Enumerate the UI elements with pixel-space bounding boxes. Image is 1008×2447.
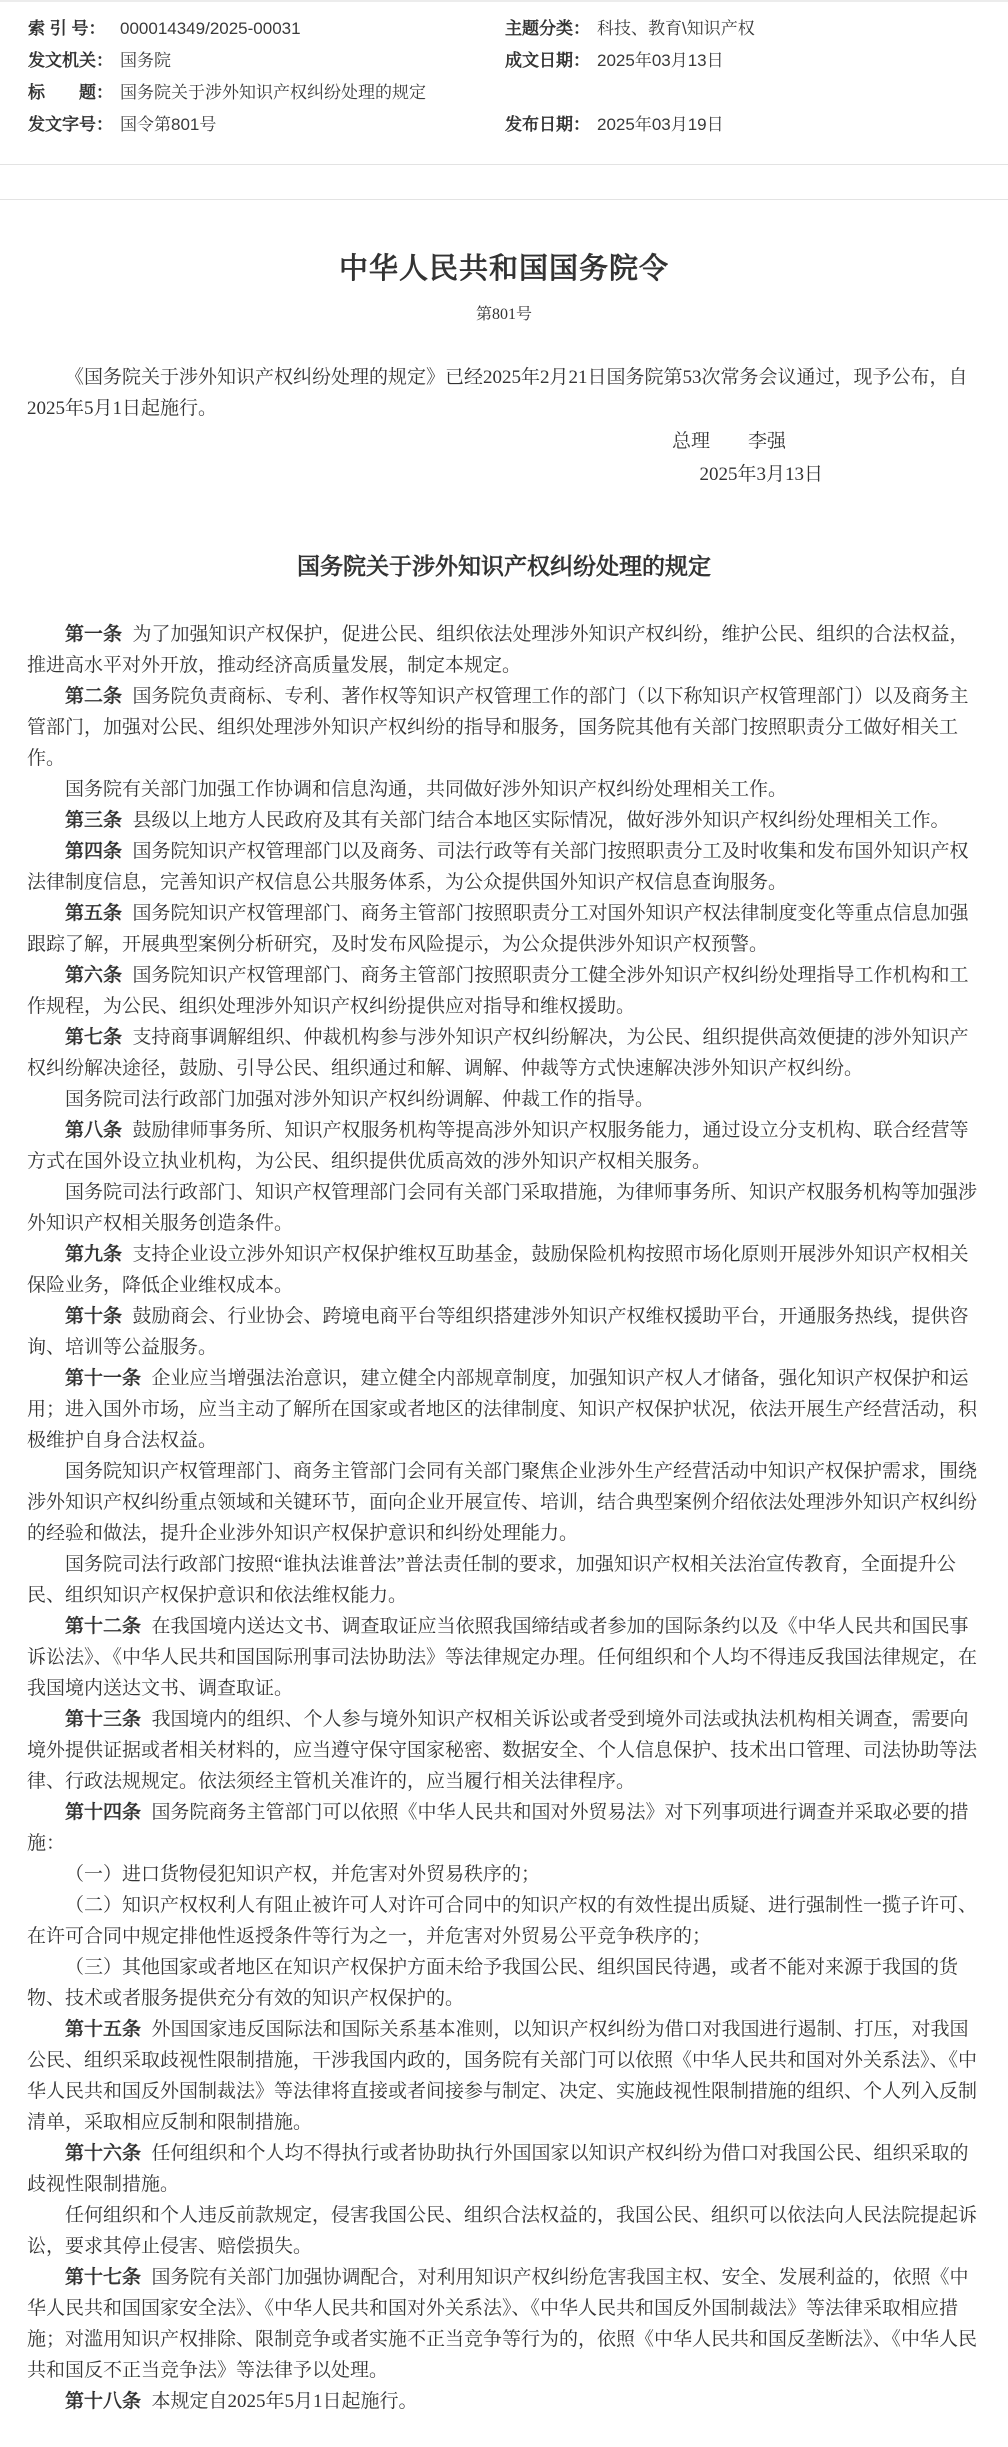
signer-name: 李强	[748, 431, 786, 452]
regulation-paragraph: 国务院司法行政部门、知识产权管理部门会同有关部门采取措施，为律师事务所、知识产权…	[27, 1177, 981, 1239]
meta-date-written-label: 成文日期：	[505, 50, 597, 72]
article-number: 第十五条	[65, 2019, 141, 2040]
meta-doc-number-label: 发文字号：	[28, 114, 120, 136]
meta-agency-value: 国务院	[120, 50, 171, 72]
regulation-paragraph: 第三条县级以上地方人民政府及其有关部门结合本地区实际情况，做好涉外知识产权纠纷处…	[27, 805, 981, 836]
article-text: 国务院负责商标、专利、著作权等知识产权管理工作的部门（以下称知识产权管理部门）以…	[27, 686, 968, 769]
meta-date-published-value: 2025年03月19日	[597, 114, 724, 136]
article-text: 国务院司法行政部门加强对涉外知识产权纠纷调解、仲裁工作的指导。	[65, 1089, 654, 1110]
article-text: 企业应当增强法治意识，建立健全内部规章制度，加强知识产权人才储备，强化知识产权保…	[27, 1368, 977, 1451]
document-meta-table: 索 引 号： 000014349/2025-00031 主题分类： 科技、教育\…	[0, 0, 1008, 150]
toolbar-band	[0, 164, 1008, 200]
meta-index-label: 索 引 号：	[28, 18, 120, 40]
article-text: 国务院知识产权管理部门、商务主管部门按照职责分工健全涉外知识产权纠纷处理指导工作…	[27, 965, 968, 1017]
article-number: 第七条	[65, 1027, 122, 1048]
regulation-paragraph: 第十七条国务院有关部门加强协调配合，对利用知识产权纠纷危害我国主权、安全、发展利…	[27, 2262, 981, 2386]
article-text: 国务院商务主管部门可以依照《中华人民共和国对外贸易法》对下列事项进行调查并采取必…	[27, 1802, 968, 1854]
article-number: 第十四条	[65, 1802, 141, 1823]
article-number: 第十三条	[65, 1709, 141, 1730]
regulation-paragraph: （二）知识产权权利人有阻止被许可人对许可合同中的知识产权的有效性提出质疑、进行强…	[27, 1890, 981, 1952]
article-text: 外国国家违反国际法和国际关系基本准则，以知识产权纠纷为借口对我国进行遏制、打压，…	[27, 2019, 977, 2133]
article-number: 第二条	[65, 686, 122, 707]
regulation-paragraph: 第十八条本规定自2025年5月1日起施行。	[27, 2386, 981, 2417]
meta-date-published: 发布日期： 2025年03月19日	[505, 114, 1008, 136]
decree-sign-date: 2025年3月13日	[27, 459, 981, 490]
regulation-paragraph: 第十条鼓励商会、行业协会、跨境电商平台等组织搭建涉外知识产权维权援助平台，开通服…	[27, 1301, 981, 1363]
meta-doc-number-value: 国令第801号	[120, 114, 216, 136]
meta-doc-number: 发文字号： 国令第801号	[28, 114, 505, 136]
article-text: 在我国境内送达文书、调查取证应当依照我国缔结或者参加的国际条约以及《中华人民共和…	[27, 1616, 977, 1699]
meta-topic-label: 主题分类：	[505, 18, 597, 40]
meta-date-written-value: 2025年03月13日	[597, 50, 724, 72]
regulation-paragraph: 国务院知识产权管理部门、商务主管部门会同有关部门聚焦企业涉外生产经营活动中知识产…	[27, 1456, 981, 1549]
decree-number: 第801号	[27, 301, 981, 324]
regulation-paragraph: 第四条国务院知识产权管理部门以及商务、司法行政等有关部门按照职责分工及时收集和发…	[27, 836, 981, 898]
document-body: 中华人民共和国国务院令 第801号 《国务院关于涉外知识产权纠纷处理的规定》已经…	[0, 246, 1008, 2447]
meta-title-value: 国务院关于涉外知识产权纠纷处理的规定	[120, 82, 426, 104]
article-number: 第十八条	[65, 2391, 141, 2412]
article-text: 国务院司法行政部门按照“谁执法谁普法”普法责任制的要求，加强知识产权相关法治宣传…	[27, 1554, 956, 1606]
meta-topic: 主题分类： 科技、教育\知识产权	[505, 18, 1008, 40]
regulation-title: 国务院关于涉外知识产权纠纷处理的规定	[27, 548, 981, 581]
article-number: 第十一条	[65, 1368, 141, 1389]
article-text: （三）其他国家或者地区在知识产权保护方面未给予我国公民、组织国民待遇，或者不能对…	[27, 1957, 958, 2009]
article-text: 任何组织和个人均不得执行或者协助执行外国国家以知识产权纠纷为借口对我国公民、组织…	[27, 2143, 968, 2195]
regulation-paragraph: 任何组织和个人违反前款规定，侵害我国公民、组织合法权益的，我国公民、组织可以依法…	[27, 2200, 981, 2262]
regulation-paragraph: 第二条国务院负责商标、专利、著作权等知识产权管理工作的部门（以下称知识产权管理部…	[27, 681, 981, 774]
article-number: 第八条	[65, 1120, 122, 1141]
article-text: 县级以上地方人民政府及其有关部门结合本地区实际情况，做好涉外知识产权纠纷处理相关…	[132, 810, 949, 831]
regulation-paragraph: 第八条鼓励律师事务所、知识产权服务机构等提高涉外知识产权服务能力，通过设立分支机…	[27, 1115, 981, 1177]
article-text: 为了加强知识产权保护，促进公民、组织依法处理涉外知识产权纠纷，维护公民、组织的合…	[27, 624, 968, 676]
regulation-paragraph: 国务院司法行政部门加强对涉外知识产权纠纷调解、仲裁工作的指导。	[27, 1084, 981, 1115]
meta-topic-value: 科技、教育\知识产权	[597, 18, 755, 40]
decree-signature: 总理李强	[27, 426, 981, 457]
article-number: 第九条	[65, 1244, 122, 1265]
regulation-paragraph: （一）进口货物侵犯知识产权，并危害对外贸易秩序的；	[27, 1859, 981, 1890]
regulation-paragraph: 国务院司法行政部门按照“谁执法谁普法”普法责任制的要求，加强知识产权相关法治宣传…	[27, 1549, 981, 1611]
article-number: 第三条	[65, 810, 122, 831]
article-number: 第十六条	[65, 2143, 141, 2164]
article-text: 支持商事调解组织、仲裁机构参与涉外知识产权纠纷解决，为公民、组织提供高效便捷的涉…	[27, 1027, 968, 1079]
regulation-paragraph: 第十六条任何组织和个人均不得执行或者协助执行外国国家以知识产权纠纷为借口对我国公…	[27, 2138, 981, 2200]
regulation-paragraph: 第十一条企业应当增强法治意识，建立健全内部规章制度，加强知识产权人才储备，强化知…	[27, 1363, 981, 1456]
article-text: （一）进口货物侵犯知识产权，并危害对外贸易秩序的；	[65, 1864, 540, 1885]
regulation-paragraph: 第七条支持商事调解组织、仲裁机构参与涉外知识产权纠纷解决，为公民、组织提供高效便…	[27, 1022, 981, 1084]
regulation-paragraph: 第六条国务院知识产权管理部门、商务主管部门按照职责分工健全涉外知识产权纠纷处理指…	[27, 960, 981, 1022]
meta-title: 标 题： 国务院关于涉外知识产权纠纷处理的规定	[28, 82, 1008, 104]
regulation-paragraph: 第十二条在我国境内送达文书、调查取证应当依照我国缔结或者参加的国际条约以及《中华…	[27, 1611, 981, 1704]
regulation-paragraph: 第五条国务院知识产权管理部门、商务主管部门按照职责分工对国外知识产权法律制度变化…	[27, 898, 981, 960]
article-number: 第六条	[65, 965, 122, 986]
regulation-paragraph: 第十四条国务院商务主管部门可以依照《中华人民共和国对外贸易法》对下列事项进行调查…	[27, 1797, 981, 1859]
article-text: 国务院有关部门加强工作协调和信息沟通，共同做好涉外知识产权纠纷处理相关工作。	[65, 779, 787, 800]
meta-index-value: 000014349/2025-00031	[120, 18, 301, 40]
article-text: 任何组织和个人违反前款规定，侵害我国公民、组织合法权益的，我国公民、组织可以依法…	[27, 2205, 977, 2257]
article-text: 本规定自2025年5月1日起施行。	[151, 2391, 417, 2412]
regulation-paragraph: （三）其他国家或者地区在知识产权保护方面未给予我国公民、组织国民待遇，或者不能对…	[27, 1952, 981, 2014]
article-number: 第五条	[65, 903, 122, 924]
decree-title: 中华人民共和国国务院令	[27, 246, 981, 287]
regulation-paragraph: 第一条为了加强知识产权保护，促进公民、组织依法处理涉外知识产权纠纷，维护公民、组…	[27, 619, 981, 681]
regulation-paragraph: 第九条支持企业设立涉外知识产权保护维权互助基金，鼓励保险机构按照市场化原则开展涉…	[27, 1239, 981, 1301]
article-text: （二）知识产权权利人有阻止被许可人对许可合同中的知识产权的有效性提出质疑、进行强…	[27, 1895, 977, 1947]
article-text: 鼓励律师事务所、知识产权服务机构等提高涉外知识产权服务能力，通过设立分支机构、联…	[27, 1120, 968, 1172]
article-text: 国务院有关部门加强协调配合，对利用知识产权纠纷危害我国主权、安全、发展利益的，依…	[27, 2267, 977, 2381]
signer-title: 总理	[672, 431, 710, 452]
article-text: 国务院知识产权管理部门以及商务、司法行政等有关部门按照职责分工及时收集和发布国外…	[27, 841, 968, 893]
regulation-body: 第一条为了加强知识产权保护，促进公民、组织依法处理涉外知识产权纠纷，维护公民、组…	[27, 619, 981, 2417]
article-number: 第十二条	[65, 1616, 141, 1637]
meta-issuing-agency: 发文机关： 国务院	[28, 50, 505, 72]
meta-index-number: 索 引 号： 000014349/2025-00031	[28, 18, 505, 40]
regulation-paragraph: 第十三条我国境内的组织、个人参与境外知识产权相关诉讼或者受到境外司法或执法机构相…	[27, 1704, 981, 1797]
article-text: 鼓励商会、行业协会、跨境电商平台等组织搭建涉外知识产权维权援助平台，开通服务热线…	[27, 1306, 968, 1358]
article-number: 第十条	[65, 1306, 122, 1327]
article-text: 支持企业设立涉外知识产权保护维权互助基金，鼓励保险机构按照市场化原则开展涉外知识…	[27, 1244, 968, 1296]
decree-preamble: 《国务院关于涉外知识产权纠纷处理的规定》已经2025年2月21日国务院第53次常…	[27, 362, 981, 424]
regulation-paragraph: 国务院有关部门加强工作协调和信息沟通，共同做好涉外知识产权纠纷处理相关工作。	[27, 774, 981, 805]
article-number: 第十七条	[65, 2267, 141, 2288]
meta-date-published-label: 发布日期：	[505, 114, 597, 136]
article-text: 国务院知识产权管理部门、商务主管部门按照职责分工对国外知识产权法律制度变化等重点…	[27, 903, 968, 955]
article-text: 我国境内的组织、个人参与境外知识产权相关诉讼或者受到境外司法或执法机构相关调查，…	[27, 1709, 977, 1792]
article-number: 第四条	[65, 841, 122, 862]
meta-agency-label: 发文机关：	[28, 50, 120, 72]
meta-date-written: 成文日期： 2025年03月13日	[505, 50, 1008, 72]
article-text: 国务院司法行政部门、知识产权管理部门会同有关部门采取措施，为律师事务所、知识产权…	[27, 1182, 977, 1234]
article-number: 第一条	[65, 624, 122, 645]
article-text: 国务院知识产权管理部门、商务主管部门会同有关部门聚焦企业涉外生产经营活动中知识产…	[27, 1461, 977, 1544]
meta-title-label: 标 题：	[28, 82, 120, 104]
regulation-paragraph: 第十五条外国国家违反国际法和国际关系基本准则，以知识产权纠纷为借口对我国进行遏制…	[27, 2014, 981, 2138]
